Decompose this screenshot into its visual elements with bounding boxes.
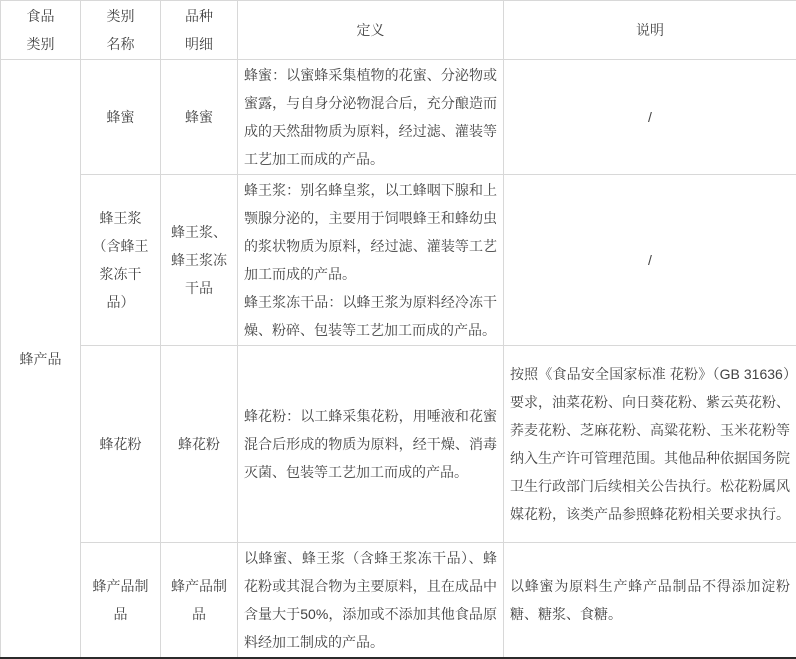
category-name-cell: 蜂花粉 — [81, 346, 161, 543]
header-category-name: 类别 名称 — [81, 1, 161, 60]
definition-cell: 蜂蜜：以蜜蜂采集植物的花蜜、分泌物或蜜露，与自身分泌物混合后，充分酿造而成的天然… — [238, 60, 504, 175]
bee-products-category-table: 食品 类别 类别 名称 品种 明细 定义 说明 蜂产品 蜂蜜 蜂蜜 蜂蜜：以蜜蜂… — [0, 0, 796, 659]
variety-detail-cell: 蜂蜜 — [161, 60, 238, 175]
definition-cell: 以蜂蜜、蜂王浆（含蜂王浆冻干品）、蜂花粉或其混合物为主要原料，且在成品中含量大于… — [238, 543, 504, 659]
header-definition: 定义 — [238, 1, 504, 60]
table-row-honey: 蜂产品 蜂蜜 蜂蜜 蜂蜜：以蜜蜂采集植物的花蜜、分泌物或蜜露，与自身分泌物混合后… — [1, 60, 796, 175]
category-name-cell: 蜂产品制 品 — [81, 543, 161, 659]
note-cell: 以蜂蜜为原料生产蜂产品制品不得添加淀粉糖、糖浆、食糖。 — [504, 543, 796, 659]
definition-cell: 蜂花粉：以工蜂采集花粉，用唾液和花蜜混合后形成的物质为原料，经干燥、消毒灭菌、包… — [238, 346, 504, 543]
note-cell: 按照《食品安全国家标准 花粉》（GB 31636）要求，油菜花粉、向日葵花粉、紫… — [504, 346, 796, 543]
table-row-bee-product-preparations: 蜂产品制 品 蜂产品制 品 以蜂蜜、蜂王浆（含蜂王浆冻干品）、蜂花粉或其混合物为… — [1, 543, 796, 659]
variety-detail-cell: 蜂王浆、 蜂王浆冻 干品 — [161, 175, 238, 346]
header-row: 食品 类别 类别 名称 品种 明细 定义 说明 — [1, 1, 796, 60]
category-name-cell: 蜂蜜 — [81, 60, 161, 175]
note-cell: / — [504, 175, 796, 346]
note-cell: / — [504, 60, 796, 175]
definition-cell: 蜂王浆：别名蜂皇浆，以工蜂咽下腺和上颚腺分泌的，主要用于饲喂蜂王和蜂幼虫的浆状物… — [238, 175, 504, 346]
variety-detail-cell: 蜂花粉 — [161, 346, 238, 543]
table-row-royal-jelly: 蜂王浆 （含蜂王 浆冻干 品） 蜂王浆、 蜂王浆冻 干品 蜂王浆：别名蜂皇浆，以… — [1, 175, 796, 346]
table-row-bee-pollen: 蜂花粉 蜂花粉 蜂花粉：以工蜂采集花粉，用唾液和花蜜混合后形成的物质为原料，经干… — [1, 346, 796, 543]
header-food-category: 食品 类别 — [1, 1, 81, 60]
header-note: 说明 — [504, 1, 796, 60]
variety-detail-cell: 蜂产品制 品 — [161, 543, 238, 659]
food-category-cell: 蜂产品 — [1, 60, 81, 659]
header-variety-detail: 品种 明细 — [161, 1, 238, 60]
category-name-cell: 蜂王浆 （含蜂王 浆冻干 品） — [81, 175, 161, 346]
